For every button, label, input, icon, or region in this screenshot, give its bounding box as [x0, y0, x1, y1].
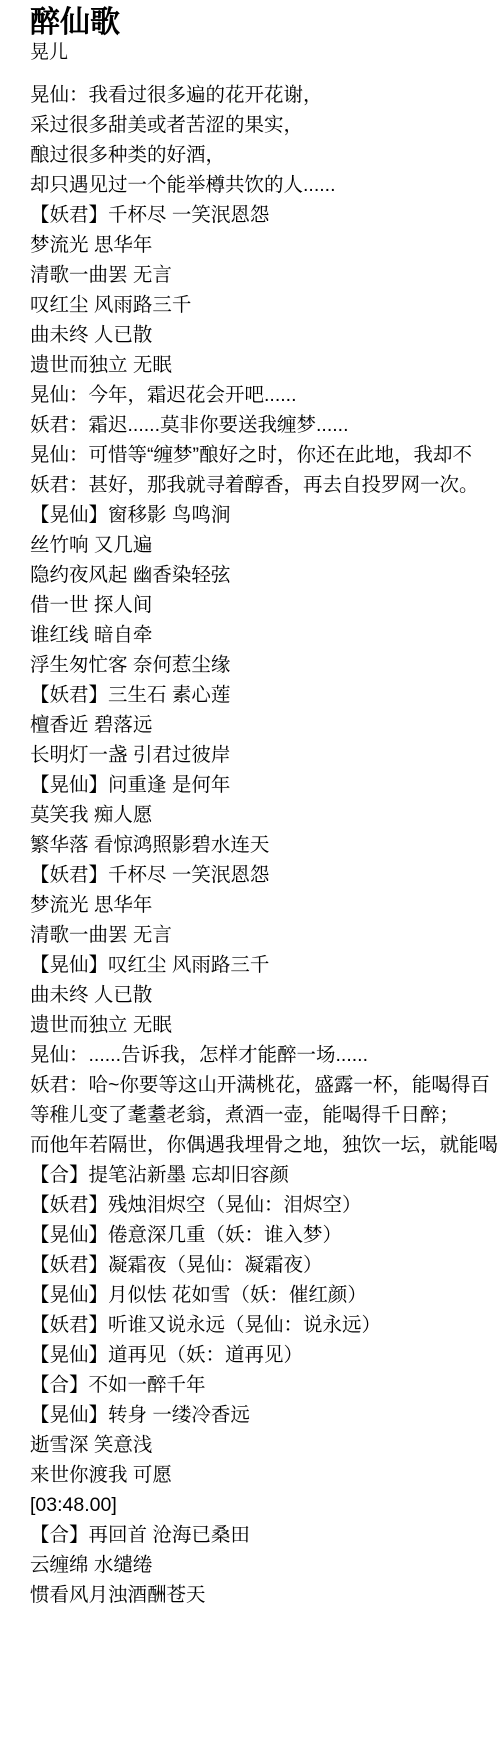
lyric-line: 【合】不如一醉千年: [30, 1370, 500, 1400]
lyric-line: 【妖君】千杯尽 一笑泯恩怨: [30, 200, 500, 230]
lyric-line: 【晃仙】月似怯 花如雪（妖：催红颜）: [30, 1280, 500, 1310]
lyric-line: 而他年若隔世，你偶遇我埋骨之地，独饮一坛，就能喝: [30, 1130, 500, 1160]
lyric-line: 【晃仙】问重逢 是何年: [30, 770, 500, 800]
lyric-line: 梦流光 思华年: [30, 890, 500, 920]
lyric-line: 妖君：哈~你要等这山开满桃花，盛露一杯，能喝得百: [30, 1070, 500, 1100]
lyric-line: 【妖君】听谁又说永远（晃仙：说永远）: [30, 1310, 500, 1340]
lyric-line: 【妖君】凝霜夜（晃仙：凝霜夜）: [30, 1250, 500, 1280]
lyric-line: 晃仙：可惜等“缠梦”酿好之时，你还在此地，我却不: [30, 440, 500, 470]
lyric-line: 叹红尘 风雨路三千: [30, 290, 500, 320]
lyric-line: 酿过很多种类的好酒，: [30, 140, 500, 170]
lyric-line: 檀香近 碧落远: [30, 710, 500, 740]
lyric-line: 等稚儿变了耄耋老翁，煮酒一壶，能喝得千日醉；: [30, 1100, 500, 1130]
lyric-line: 曲未终 人已散: [30, 320, 500, 350]
lyric-line: 长明灯一盏 引君过彼岸: [30, 740, 500, 770]
lyric-line: 惯看风月浊酒酬苍天: [30, 1580, 500, 1610]
lyric-line: 梦流光 思华年: [30, 230, 500, 260]
lyric-line: 【妖君】残烛泪烬空（晃仙：泪烬空）: [30, 1190, 500, 1220]
lyric-line: 繁华落 看惊鸿照影碧水连天: [30, 830, 500, 860]
lyric-line: 晃仙：我看过很多遍的花开花谢，: [30, 80, 500, 110]
lyric-line: 【合】提笔沾新墨 忘却旧容颜: [30, 1160, 500, 1190]
lyrics-list: 晃仙：我看过很多遍的花开花谢，采过很多甜美或者苦涩的果实，酿过很多种类的好酒，却…: [30, 80, 500, 1610]
lyric-line: 谁红线 暗自牵: [30, 620, 500, 650]
lyric-line: 莫笑我 痴人愿: [30, 800, 500, 830]
lyric-line: 晃仙：......告诉我，怎样才能醉一场......: [30, 1040, 500, 1070]
lyric-line: 采过很多甜美或者苦涩的果实，: [30, 110, 500, 140]
artist-name: 晃儿: [30, 42, 500, 64]
lyric-line: 妖君：甚好，那我就寻着醇香，再去自投罗网一次。: [30, 470, 500, 500]
lyric-line: 隐约夜风起 幽香染轻弦: [30, 560, 500, 590]
lyric-line: 丝竹响 又几遍: [30, 530, 500, 560]
lyric-line: 妖君：霜迟......莫非你要送我缠梦......: [30, 410, 500, 440]
lyric-line: 【合】再回首 沧海已桑田: [30, 1520, 500, 1550]
lyric-line: 清歌一曲罢 无言: [30, 920, 500, 950]
lyric-line: 云缠绵 水缱绻: [30, 1550, 500, 1580]
lyric-line: 浮生匆忙客 奈何惹尘缘: [30, 650, 500, 680]
lyric-line: 逝雪深 笑意浅: [30, 1430, 500, 1460]
lyric-line: 却只遇见过一个能举樽共饮的人......: [30, 170, 500, 200]
lyric-line: [03:48.00]: [30, 1490, 500, 1520]
lyric-line: 【晃仙】道再见（妖：道再见）: [30, 1340, 500, 1370]
lyric-line: 【妖君】千杯尽 一笑泯恩怨: [30, 860, 500, 890]
lyric-line: 借一世 探人间: [30, 590, 500, 620]
song-title: 醉仙歌: [30, 6, 500, 40]
lyrics-page: 醉仙歌 晃儿 晃仙：我看过很多遍的花开花谢，采过很多甜美或者苦涩的果实，酿过很多…: [0, 0, 500, 1750]
lyric-line: 曲未终 人已散: [30, 980, 500, 1010]
lyric-line: 遗世而独立 无眠: [30, 350, 500, 380]
lyric-line: 【晃仙】叹红尘 风雨路三千: [30, 950, 500, 980]
lyric-line: 清歌一曲罢 无言: [30, 260, 500, 290]
lyric-line: 来世你渡我 可愿: [30, 1460, 500, 1490]
lyric-line: 【晃仙】转身 一缕冷香远: [30, 1400, 500, 1430]
lyric-line: 遗世而独立 无眠: [30, 1010, 500, 1040]
lyric-line: 【晃仙】窗移影 鸟鸣涧: [30, 500, 500, 530]
lyric-line: 【晃仙】倦意深几重（妖：谁入梦）: [30, 1220, 500, 1250]
lyric-line: 晃仙：今年，霜迟花会开吧......: [30, 380, 500, 410]
lyric-line: 【妖君】三生石 素心莲: [30, 680, 500, 710]
